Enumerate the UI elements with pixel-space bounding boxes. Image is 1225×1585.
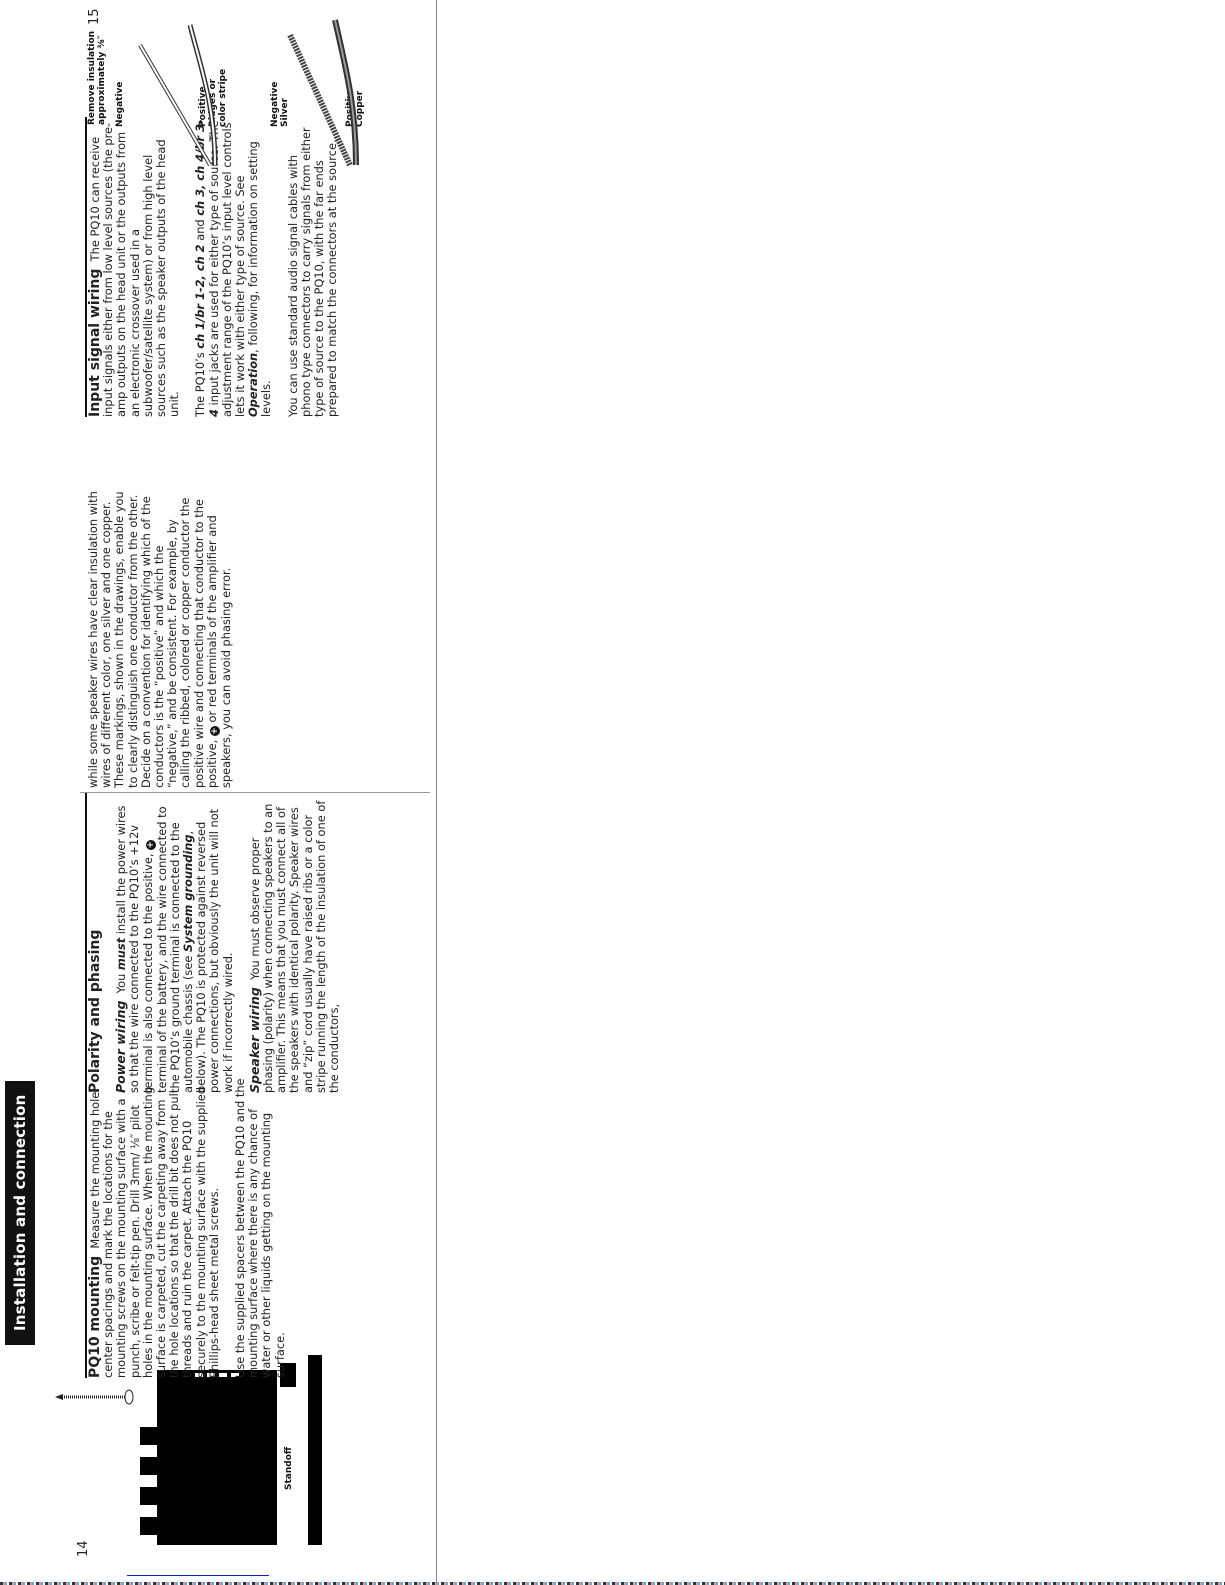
speaker-wiring-body: You must observe proper phasing (polarit…	[248, 801, 341, 1093]
input-jacks-text: The PQ10’s	[193, 349, 207, 417]
channel-ref-1-2: ch 1/br 1-2, ch 2	[193, 244, 207, 348]
center-fold-line	[80, 792, 430, 793]
page-number-15: 15	[87, 8, 102, 25]
page-edge-line	[436, 0, 437, 1585]
power-wiring-must: must	[114, 938, 128, 970]
column-pq10-mounting: PQ10 mounting Measure the mounting hole …	[85, 1078, 300, 1378]
pq10-spacers-note: Use the supplied spacers between the PQ1…	[234, 1078, 287, 1378]
speaker-wire-diagram	[120, 5, 420, 175]
operation-reference: Operation	[246, 353, 260, 417]
pq10-mounting-body: Measure the mounting hole center spacing…	[88, 1087, 221, 1378]
two-page-spread: 14 Standoff Installation and connection …	[0, 0, 440, 1585]
scan-artifact-line	[127, 1575, 269, 1576]
system-grounding-reference: System grounding	[181, 834, 195, 952]
column-polarity: Polarity and phasing Power wiring You mu…	[85, 793, 354, 1093]
polarity-title: Polarity and phasing	[89, 793, 102, 1093]
page-number-14: 14	[76, 1540, 91, 1557]
input-jacks-text: and	[193, 216, 207, 245]
section-tab: Installation and connection	[5, 1081, 35, 1345]
speaker-wiring-heading: Speaker wiring	[247, 987, 262, 1093]
screw-icon	[55, 1377, 135, 1417]
speaker-wiring-continued: while some speaker wires have clear insu…	[86, 491, 219, 788]
power-wiring-heading: Power wiring	[113, 1001, 128, 1093]
power-wiring-text: You	[114, 970, 128, 993]
column-speaker-wiring-continued: while some speaker wires have clear insu…	[87, 488, 246, 788]
heatsink-mounting-figure	[140, 1355, 340, 1545]
standoff-label: Standoff	[284, 1447, 294, 1490]
